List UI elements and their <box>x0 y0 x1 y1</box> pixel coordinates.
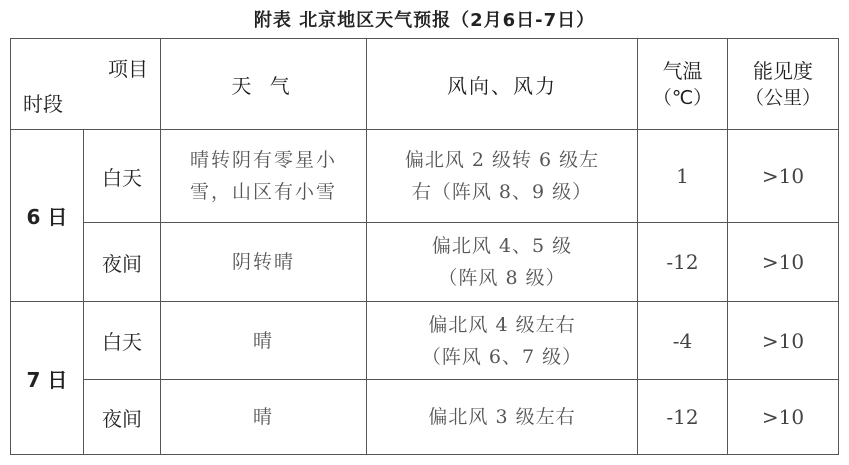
temp-header-unit: （℃） <box>638 85 727 111</box>
corner-period-label: 时段 <box>23 88 63 117</box>
visibility-header: 能见度 （公里） <box>728 39 839 130</box>
date-cell: 6 日 <box>11 130 84 302</box>
weather-forecast-table: 项目 时段 天 气 风向、风力 气温 （℃） 能见度 （公里） 6 日 白天 晴… <box>10 38 839 455</box>
table-row: 6 日 白天 晴转阴有零星小 雪，山区有小雪 偏北风 2 级转 6 级左 右（阵… <box>11 130 839 223</box>
visibility-cell: >10 <box>728 130 839 223</box>
visibility-cell: >10 <box>728 223 839 302</box>
weather-line: 雪，山区有小雪 <box>161 176 366 208</box>
corner-item-label: 项目 <box>108 53 148 82</box>
temp-header-label: 气温 <box>638 57 727 85</box>
weather-cell: 晴 <box>161 302 367 380</box>
temp-header: 气温 （℃） <box>638 39 728 130</box>
temp-cell: -12 <box>638 380 728 455</box>
wind-line: 偏北风 2 级转 6 级左 <box>367 144 637 176</box>
table-row: 夜间 晴 偏北风 3 级左右 -12 >10 <box>11 380 839 455</box>
period-cell: 夜间 <box>84 223 161 302</box>
wind-header: 风向、风力 <box>367 39 638 130</box>
weather-line: 阴转晴 <box>161 246 366 278</box>
weather-line: 晴 <box>161 325 366 357</box>
table-title: 附表 北京地区天气预报（2月6日-7日） <box>0 6 849 32</box>
table-row: 夜间 阴转晴 偏北风 4、5 级 （阵风 8 级） -12 >10 <box>11 223 839 302</box>
corner-header: 项目 时段 <box>11 39 161 130</box>
visibility-cell: >10 <box>728 380 839 455</box>
wind-cell: 偏北风 2 级转 6 级左 右（阵风 8、9 级） <box>367 130 638 223</box>
visibility-header-unit: （公里） <box>728 85 838 111</box>
weather-cell: 晴转阴有零星小 雪，山区有小雪 <box>161 130 367 223</box>
table-row: 7 日 白天 晴 偏北风 4 级左右 （阵风 6、7 级） -4 >10 <box>11 302 839 380</box>
wind-line: 偏北风 3 级左右 <box>367 401 637 433</box>
weather-line: 晴 <box>161 401 366 433</box>
weather-header: 天 气 <box>161 39 367 130</box>
wind-cell: 偏北风 4、5 级 （阵风 8 级） <box>367 223 638 302</box>
temp-cell: -12 <box>638 223 728 302</box>
period-cell: 夜间 <box>84 380 161 455</box>
wind-line: （阵风 6、7 级） <box>367 341 637 373</box>
wind-line: （阵风 8 级） <box>367 262 637 294</box>
period-cell: 白天 <box>84 130 161 223</box>
visibility-cell: >10 <box>728 302 839 380</box>
date-cell: 7 日 <box>11 302 84 455</box>
wind-line: 右（阵风 8、9 级） <box>367 176 637 208</box>
wind-line: 偏北风 4、5 级 <box>367 230 637 262</box>
header-row: 项目 时段 天 气 风向、风力 气温 （℃） 能见度 （公里） <box>11 39 839 130</box>
wind-cell: 偏北风 3 级左右 <box>367 380 638 455</box>
wind-cell: 偏北风 4 级左右 （阵风 6、7 级） <box>367 302 638 380</box>
temp-cell: -4 <box>638 302 728 380</box>
weather-cell: 晴 <box>161 380 367 455</box>
weather-line: 晴转阴有零星小 <box>161 144 366 176</box>
period-cell: 白天 <box>84 302 161 380</box>
wind-line: 偏北风 4 级左右 <box>367 309 637 341</box>
visibility-header-label: 能见度 <box>728 57 838 85</box>
temp-cell: 1 <box>638 130 728 223</box>
weather-cell: 阴转晴 <box>161 223 367 302</box>
